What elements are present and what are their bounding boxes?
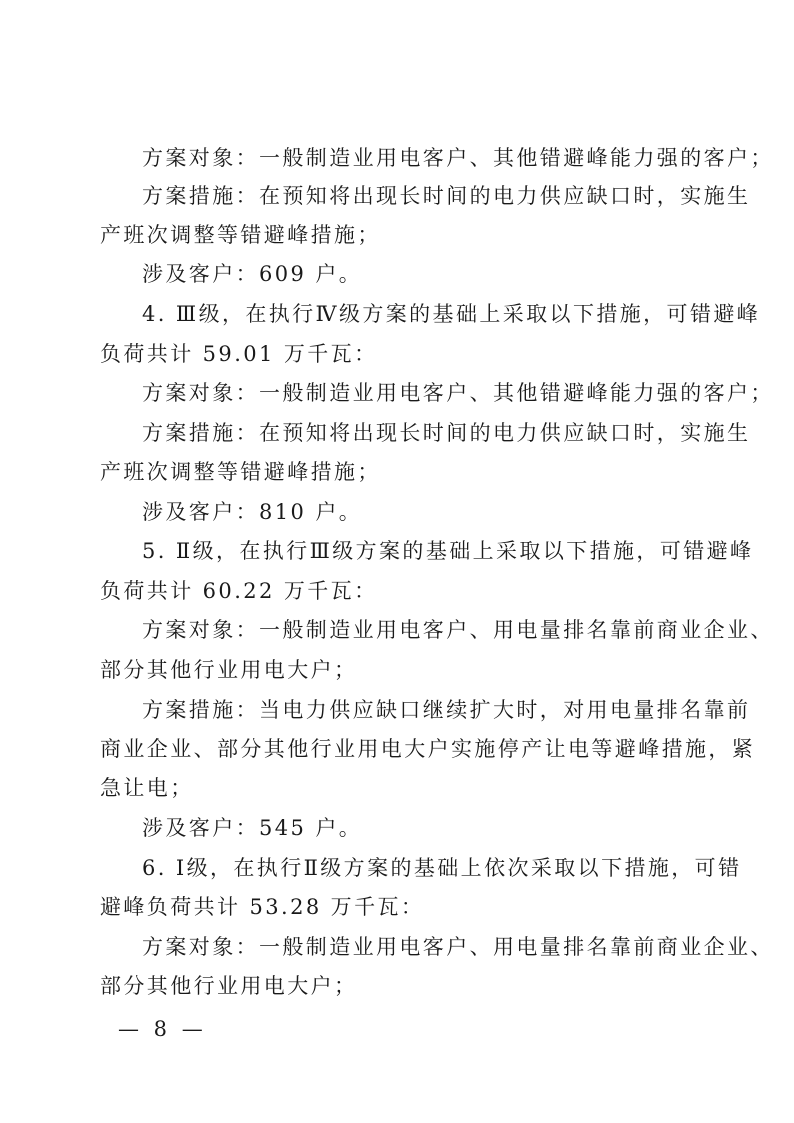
text-line: 产班次调整等错避峰措施； [100, 459, 381, 485]
text-line: 商业企业、部分其他行业用电大户实施停产让电等避峰措施，紧 [100, 736, 755, 762]
text-line: 方案措施：在预知将出现长时间的电力供应缺口时，实施生 [142, 420, 750, 446]
text-line: 部分其他行业用电大户； [100, 973, 357, 999]
document-page: 方案对象：一般制造业用电客户、其他错避峰能力强的客户； 方案措施：在预知将出现长… [0, 0, 794, 1123]
text-line: 方案措施：当电力供应缺口继续扩大时，对用电量排名靠前 [142, 697, 750, 723]
text-line: 方案对象：一般制造业用电客户、用电量排名靠前商业企业、 [142, 617, 774, 643]
text-line: 涉及客户：545 户。 [142, 815, 362, 841]
section-heading-line: 4. Ⅲ级，在执行Ⅳ级方案的基础上采取以下措施，可错避峰 [142, 301, 760, 327]
section-heading-line: 5. Ⅱ级，在执行Ⅲ级方案的基础上采取以下措施，可错避峰 [142, 538, 753, 564]
section-heading-line: 6. Ⅰ级，在执行Ⅱ级方案的基础上依次采取以下措施，可错 [142, 855, 741, 881]
section-heading-line: 负荷共计 60.22 万千瓦： [100, 578, 377, 604]
text-line: 部分其他行业用电大户； [100, 657, 357, 683]
page-number: — 8 — [118, 1016, 207, 1042]
text-line: 方案对象：一般制造业用电客户、用电量排名靠前商业企业、 [142, 934, 774, 960]
text-line: 急让电； [100, 775, 194, 801]
section-heading-line: 避峰负荷共计 53.28 万千瓦： [100, 894, 424, 920]
section-heading-line: 负荷共计 59.01 万千瓦： [100, 341, 377, 367]
text-line: 方案对象：一般制造业用电客户、其他错避峰能力强的客户； [142, 380, 774, 406]
text-line: 产班次调整等错避峰措施； [100, 222, 381, 248]
text-line: 涉及客户：810 户。 [142, 499, 362, 525]
text-line: 方案对象：一般制造业用电客户、其他错避峰能力强的客户； [142, 145, 774, 171]
text-line: 涉及客户：609 户。 [142, 261, 362, 287]
text-line: 方案措施：在预知将出现长时间的电力供应缺口时，实施生 [142, 183, 750, 209]
